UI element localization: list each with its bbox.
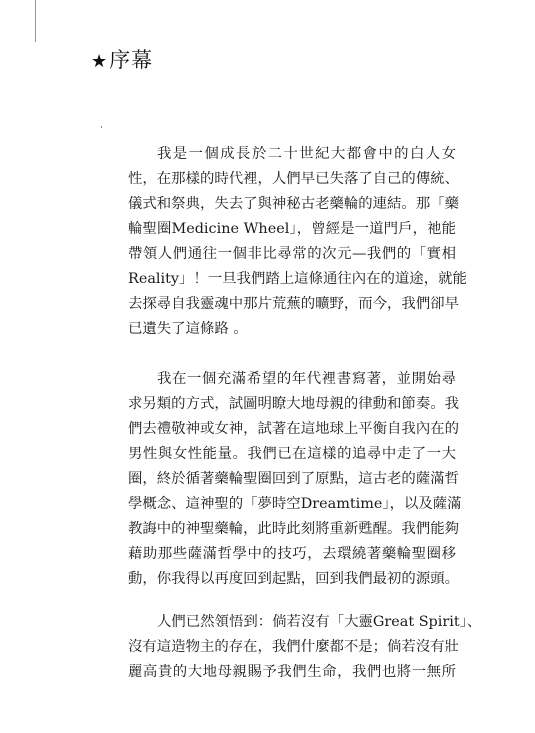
- paragraph-line: 教誨中的神聖藥輪，此時此刻將重新甦醒。我們能夠: [128, 517, 456, 542]
- paragraph-3: 人們已然領悟到：倘若沒有「大靈Great Spirit」、 沒有這造物主的存在，…: [128, 610, 456, 685]
- chapter-title-text: 序幕: [109, 48, 153, 72]
- paragraph-line: 圈，終於循著藥輪聖圈回到了原點，這古老的薩滿哲: [128, 467, 456, 492]
- paragraph-line: Reality」！一旦我們踏上這條通往內在的道途，就能: [128, 267, 456, 292]
- paragraph-2: 我在一個充滿希望的年代裡書寫著，並開始尋 求另類的方式，試圖明瞭大地母親的律動和…: [128, 367, 456, 592]
- paragraph-line: 我在一個充滿希望的年代裡書寫著，並開始尋: [128, 367, 456, 392]
- paragraph-line: 儀式和祭典，失去了與神秘古老藥輪的連結。那「藥: [128, 192, 456, 217]
- paragraph-1: 我是一個成長於二十世紀大都會中的白人女 性，在那樣的時代裡，人們早已失落了自己的…: [128, 142, 456, 342]
- chapter-title: ★序幕: [91, 46, 153, 76]
- paragraph-line: 沒有這造物主的存在，我們什麼都不是；倘若沒有壯: [128, 635, 456, 660]
- paragraph-line: 輪聖圈Medicine Wheel」，曾經是一道門戶，祂能: [128, 217, 456, 242]
- paragraph-line: 藉助那些薩滿哲學中的技巧，去環繞著藥輪聖圈移: [128, 542, 456, 567]
- paragraph-line: 男性與女性能量。我們已在這樣的追尋中走了一大: [128, 442, 456, 467]
- scan-margin-line: [35, 0, 36, 42]
- paragraph-line: 帶領人們通往一個非比尋常的次元—我們的「實相: [128, 242, 456, 267]
- star-icon: ★: [91, 51, 108, 72]
- paragraph-line: 人們已然領悟到：倘若沒有「大靈Great Spirit」、: [128, 610, 456, 635]
- paragraph-line: 麗高貴的大地母親賜予我們生命，我們也將一無所: [128, 660, 456, 685]
- paragraph-line: 學概念、這神聖的「夢時空Dreamtime」，以及薩滿: [128, 492, 456, 517]
- paragraph-line: 性，在那樣的時代裡，人們早已失落了自己的傳統、: [128, 167, 456, 192]
- paragraph-line: 們去禮敬神或女神，試著在這地球上平衡自我內在的: [128, 417, 456, 442]
- paragraph-line: 動，你我得以再度回到起點，回到我們最初的源頭。: [128, 567, 456, 592]
- scan-speck: [101, 126, 102, 128]
- paragraph-line: 我是一個成長於二十世紀大都會中的白人女: [128, 142, 456, 167]
- paragraph-line: 已遺失了這條路 。: [128, 317, 456, 342]
- paragraph-line: 求另類的方式，試圖明瞭大地母親的律動和節奏。我: [128, 392, 456, 417]
- paragraph-line: 去探尋自我靈魂中那片荒蕪的曠野，而今，我們卻早: [128, 292, 456, 317]
